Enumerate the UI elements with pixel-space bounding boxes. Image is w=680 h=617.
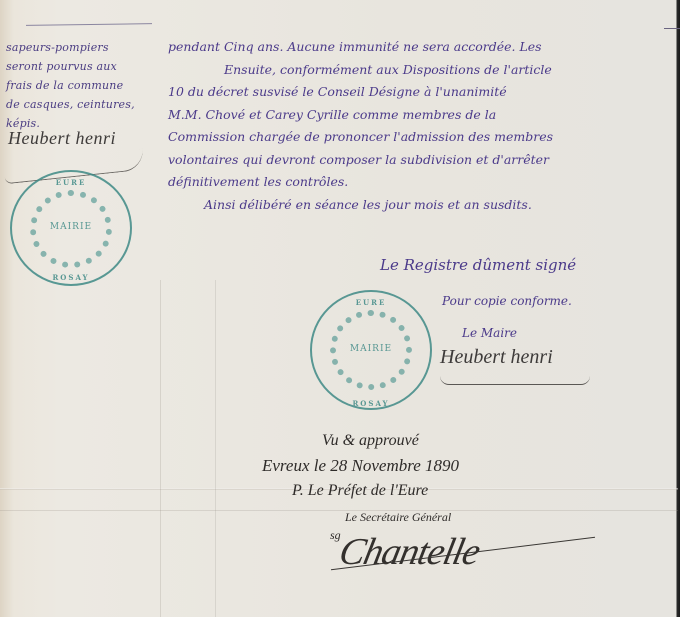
margin-note-line: seront pourvus aux — [6, 57, 156, 76]
approval-line: Vu & approuvé — [322, 432, 419, 450]
stamp-bottom-label: ROSAY — [312, 399, 430, 408]
mairie-stamp-right: EURE MAIRIE ROSAY — [310, 290, 432, 410]
deliberation-body: pendant Cinq ans. Aucune immunité ne ser… — [168, 36, 678, 216]
ruled-mark — [664, 28, 680, 29]
approval-prefect: P. Le Préfet de l'Eure — [292, 482, 428, 500]
registry-signed-note: Le Registre dûment signé — [380, 256, 576, 274]
fold-crease — [215, 280, 216, 617]
margin-note-line: sapeurs-pompiers — [6, 38, 156, 57]
stamp-bottom-label: ROSAY — [12, 273, 130, 282]
body-line: M.M. Chové et Carey Cyrille comme membre… — [168, 104, 678, 127]
mairie-stamp-left: EURE MAIRIE ROSAY — [10, 170, 132, 286]
approval-secretary: Le Secrétaire Général — [345, 510, 451, 525]
margin-note-line: de casques, ceintures, — [6, 95, 156, 114]
fold-crease — [160, 280, 161, 617]
margin-note-line: frais de la commune — [6, 76, 156, 95]
body-line: Commission chargée de prononcer l'admiss… — [168, 126, 678, 149]
body-line: volontaires qui devront composer la subd… — [168, 149, 678, 172]
copy-certified-note: Pour copie conforme. — [442, 294, 572, 308]
body-line: pendant Cinq ans. Aucune immunité ne ser… — [168, 36, 678, 59]
stamp-center-label: MAIRIE — [12, 222, 130, 232]
margin-note: sapeurs-pompiers seront pourvus aux frai… — [6, 38, 156, 133]
body-line: définitivement les contrôles. — [168, 171, 678, 194]
signature-flourish — [440, 376, 590, 385]
approval-prefix: sg — [330, 528, 341, 543]
stamp-center-label: MAIRIE — [312, 344, 430, 354]
body-line: Ensuite, conformément aux Dispositions d… — [168, 59, 678, 82]
stamp-top-label: EURE — [12, 178, 130, 187]
fold-crease — [0, 510, 678, 511]
margin-signature: Heubert henri — [8, 128, 116, 149]
body-line: Ainsi délibéré en séance les jour mois e… — [168, 194, 678, 217]
stamp-top-label: EURE — [312, 298, 430, 307]
approval-date: Evreux le 28 Novembre 1890 — [262, 456, 459, 476]
mayor-signature: Heubert henri — [440, 346, 553, 369]
mayor-label: Le Maire — [462, 326, 517, 340]
body-line: 10 du décret susvisé le Conseil Désigne … — [168, 81, 678, 104]
secretary-signature: Chantelle — [335, 530, 483, 574]
